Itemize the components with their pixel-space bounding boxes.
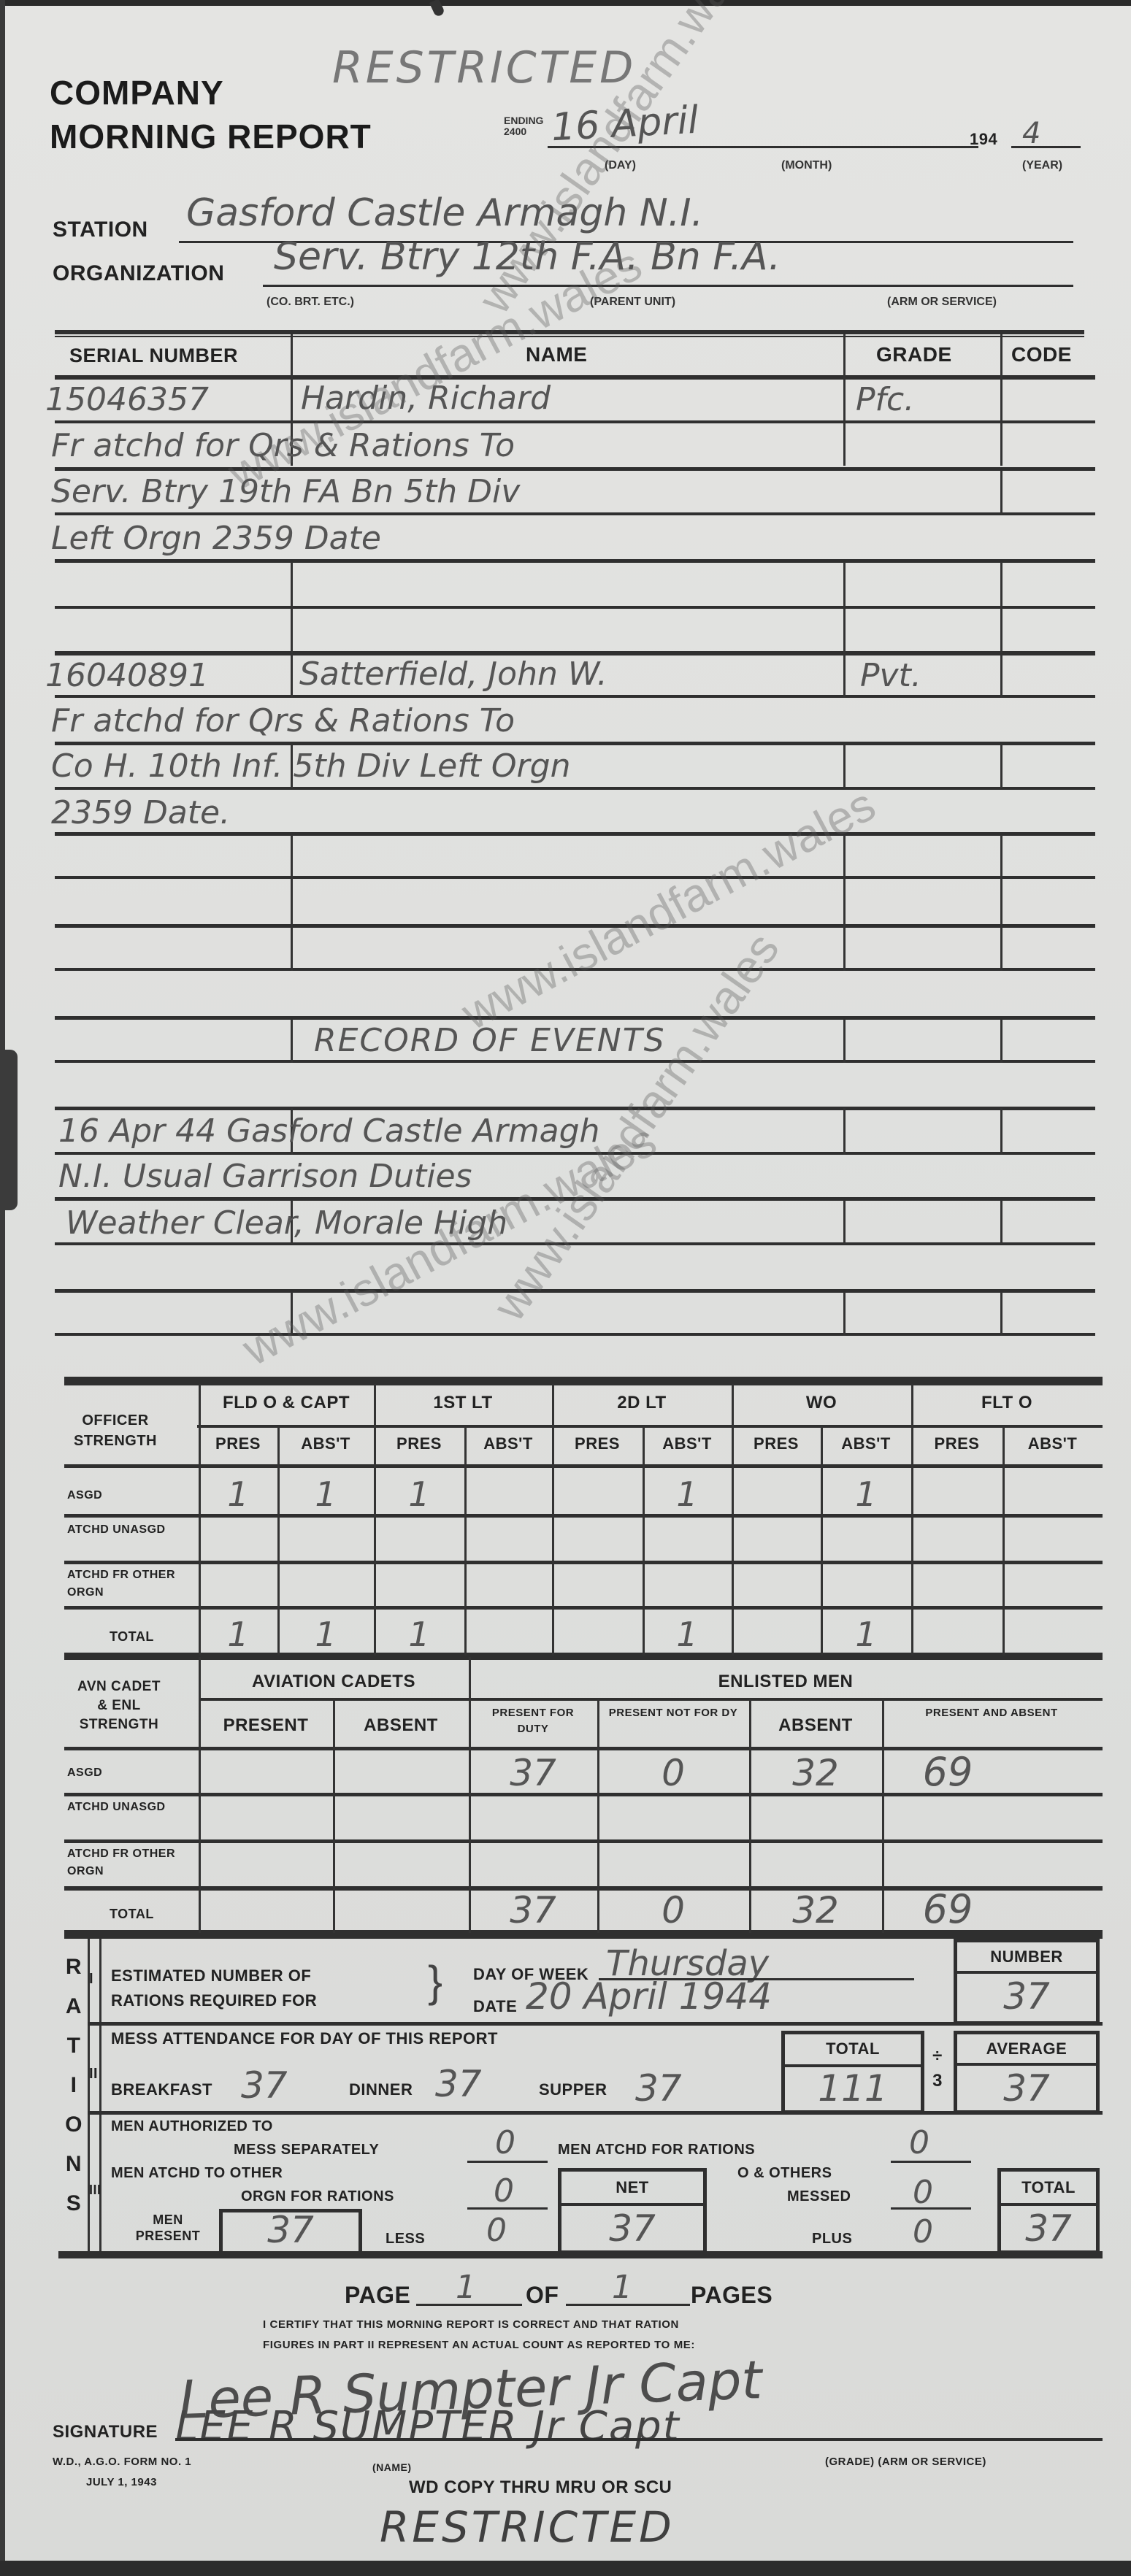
scan-top-edge xyxy=(0,0,1131,6)
col-divider xyxy=(291,835,293,927)
roster-rule xyxy=(55,467,1095,471)
month-caption: (MONTH) xyxy=(781,159,832,172)
col-divider xyxy=(1000,1200,1002,1244)
col-divider xyxy=(843,835,846,927)
col-divider xyxy=(1000,1292,1002,1336)
ration-date-value: 20 April 1944 xyxy=(526,1975,772,2018)
side-letter: O xyxy=(63,2105,85,2145)
breakfast-value: 37 xyxy=(241,2064,288,2107)
cell-value: 0 xyxy=(597,1752,749,1794)
net-value: 37 xyxy=(558,2207,707,2250)
roster-rule xyxy=(55,876,1095,879)
officer-subheader-rule xyxy=(197,1425,1103,1428)
sub-abst: ABS'T xyxy=(643,1434,732,1453)
cell-value: 69 xyxy=(882,1886,1013,1932)
underline xyxy=(891,2161,971,2163)
form-title-line1: COMPANY xyxy=(50,73,224,112)
part-i-label: I xyxy=(89,1971,93,1988)
form-title-line2: MORNING REPORT xyxy=(50,117,372,156)
row-atchd-unasgd: ATCHD UNASGD xyxy=(67,1521,191,1539)
dinner-value: 37 xyxy=(435,2063,482,2105)
roster-rule xyxy=(55,1152,1095,1155)
average-value: 37 xyxy=(954,2067,1100,2110)
row-atchd-unasgd: ATCHD UNASGD xyxy=(67,1799,191,1816)
station-value: Gasford Castle Armagh N.I. xyxy=(186,191,703,235)
cell-value: 1 xyxy=(374,1615,464,1654)
cell-value: 32 xyxy=(749,1889,882,1931)
date-day-month: 16 April xyxy=(551,99,699,150)
organization-underline xyxy=(263,285,1073,287)
mess-total-value: 111 xyxy=(781,2067,924,2110)
cell-value: 1 xyxy=(199,1615,277,1654)
certification-text-1: I CERTIFY THAT THIS MORNING REPORT IS CO… xyxy=(263,2318,679,2331)
cell-value: 1 xyxy=(821,1615,911,1654)
date-underline xyxy=(548,146,978,148)
col-present-not-for-dy: PRESENT NOT FOR DY xyxy=(605,1705,742,1721)
col-divider xyxy=(843,1108,846,1155)
of-label: OF xyxy=(526,2282,559,2309)
scan-left-edge xyxy=(0,0,5,2576)
date-year-prefix: 194 xyxy=(970,130,997,149)
col-divider xyxy=(843,334,846,466)
entry-remark: Co H. 10th Inf. 5th Div Left Orgn xyxy=(51,747,570,785)
year-underline xyxy=(1011,146,1081,148)
col-present-and-absent: PRESENT AND ABSENT xyxy=(889,1705,1094,1721)
number-label: NUMBER xyxy=(954,1948,1100,1966)
col-divider xyxy=(843,562,846,653)
estimated-number-label: ESTIMATED NUMBER OF xyxy=(111,1964,317,1988)
less-label: LESS xyxy=(386,2231,425,2248)
roster-rule xyxy=(55,559,1095,563)
mess-separately-label: MESS SEPARATELY xyxy=(234,2142,379,2158)
side-letter: S xyxy=(63,2184,85,2223)
cell-value: 1 xyxy=(643,1615,732,1654)
col-divider xyxy=(291,927,293,971)
cell-value: 1 xyxy=(199,1475,277,1514)
col-divider xyxy=(291,654,293,698)
col-divider xyxy=(1000,471,1002,515)
average-box-rule xyxy=(954,2063,1100,2066)
enlisted-men-header: ENLISTED MEN xyxy=(469,1672,1103,1692)
col-divider xyxy=(843,745,846,788)
divide-by-three: ÷ 3 xyxy=(929,2044,946,2094)
underline xyxy=(416,2304,522,2306)
rations-divider xyxy=(99,1939,101,2253)
roster-rule xyxy=(55,1197,1095,1201)
iii-total-value: 37 xyxy=(997,2207,1100,2250)
entry-grade: Pvt. xyxy=(860,657,921,694)
row-asgd: ASGD xyxy=(67,1766,102,1780)
event-line: N.I. Usual Garrison Duties xyxy=(58,1158,472,1195)
average-label: AVERAGE xyxy=(954,2039,1100,2058)
entry-remark: Fr atchd for Qrs & Rations To xyxy=(51,427,515,464)
event-line: 16 Apr 44 Gasford Castle Armagh xyxy=(58,1112,599,1150)
col-divider xyxy=(843,1019,846,1063)
atchd-other-value: 0 xyxy=(494,2172,514,2210)
form-number: W.D., A.G.O. FORM NO. 1 xyxy=(53,2456,191,2468)
signature-printed-name: LEE R SUMPTER Jr Capt xyxy=(175,2403,680,2450)
entry-name: Satterfield, John W. xyxy=(299,655,607,693)
entry-remark: Serv. Btry 19th FA Bn 5th Div xyxy=(51,473,520,510)
classification-bottom: RESTRICTED xyxy=(380,2502,675,2552)
officer-rule xyxy=(64,1464,1103,1468)
sub-pres: PRES xyxy=(911,1434,1002,1453)
entry-serial: 16040891 xyxy=(45,657,209,694)
year-caption: (YEAR) xyxy=(1022,159,1062,172)
sub-abst: ABS'T xyxy=(277,1434,374,1453)
others-messed-value: 0 xyxy=(913,2174,933,2211)
net-label: NET xyxy=(558,2178,707,2197)
plus-value: 0 xyxy=(913,2213,933,2250)
underline xyxy=(566,2304,690,2306)
form-date: JULY 1, 1943 xyxy=(86,2476,157,2488)
officer-col-divider xyxy=(1002,1426,1005,1656)
roster-rule xyxy=(55,787,1095,790)
roster-rule xyxy=(55,512,1095,515)
sub-abst: ABS'T xyxy=(821,1434,911,1453)
part-iii-label: III xyxy=(89,2183,101,2198)
header-code: CODE xyxy=(1011,343,1084,366)
mess-attendance-heading: MESS ATTENDANCE FOR DAY OF THIS REPORT xyxy=(111,2029,498,2048)
brace: } xyxy=(428,1956,443,2007)
net-box-rule xyxy=(558,2203,707,2206)
roster-rule xyxy=(55,1060,1095,1063)
officer-top-rule xyxy=(64,1377,1103,1385)
name-caption: (NAME) xyxy=(372,2461,412,2473)
entry-grade: Pfc. xyxy=(856,381,914,418)
org-caption-arm: (ARM OR SERVICE) xyxy=(887,296,997,309)
entry-name: Hardin, Richard xyxy=(301,380,551,417)
officer-rule xyxy=(64,1514,1103,1518)
classification-top: RESTRICTED xyxy=(332,42,636,93)
enlisted-col-divider xyxy=(199,1657,201,1933)
col-divider xyxy=(1000,334,1002,466)
col-divider xyxy=(1000,1019,1002,1063)
entry-remark: 2359 Date. xyxy=(51,794,230,831)
col-divider xyxy=(1000,562,1002,653)
col-divider xyxy=(843,1292,846,1336)
rations-rule xyxy=(88,2111,1103,2115)
roster-rule xyxy=(55,1289,1095,1293)
pages-label: PAGES xyxy=(691,2282,772,2309)
col-divider xyxy=(843,654,846,698)
officer-col-divider xyxy=(732,1384,734,1656)
cell-value: 1 xyxy=(277,1615,374,1654)
station-label: STATION xyxy=(53,218,148,242)
event-line: Weather Clear, Morale High xyxy=(66,1204,507,1242)
mess-separately-value: 0 xyxy=(495,2124,515,2161)
side-letter: R xyxy=(63,1948,85,1987)
roster-rule xyxy=(55,1333,1095,1336)
col-divider xyxy=(1000,745,1002,788)
day-caption: (DAY) xyxy=(605,159,636,172)
col-divider xyxy=(1000,654,1002,698)
iii-total-box-rule xyxy=(997,2203,1100,2206)
men-present-label: MEN PRESENT xyxy=(131,2212,204,2244)
row-total: TOTAL xyxy=(110,1629,154,1645)
sub-pres: PRES xyxy=(199,1434,277,1453)
breakfast-label: BREAKFAST xyxy=(111,2080,212,2099)
organization-value: Serv. Btry 12th F.A. Bn F.A. xyxy=(274,235,781,279)
iii-total-label: TOTAL xyxy=(997,2178,1100,2197)
sub-pres: PRES xyxy=(374,1434,464,1453)
men-atchd-rations-value: 0 xyxy=(909,2124,929,2161)
ending-label: ENDING 2400 xyxy=(504,115,543,137)
ending-label-1: ENDING xyxy=(504,115,543,126)
enlisted-strength-header: AVN CADET & ENL STRENGTH xyxy=(72,1677,166,1734)
part-ii-label: II xyxy=(89,2066,98,2083)
col-divider xyxy=(1000,927,1002,971)
col-divider xyxy=(843,927,846,971)
col-absent: ABSENT xyxy=(749,1715,882,1736)
underline xyxy=(467,2207,548,2210)
page-number: 1 xyxy=(456,2269,476,2306)
org-caption-parent: (PARENT UNIT) xyxy=(590,296,675,309)
number-box-rule xyxy=(954,1971,1100,1974)
cell-value: 32 xyxy=(749,1752,882,1794)
entry-remark: Fr atchd for Qrs & Rations To xyxy=(51,702,515,739)
group-fld-o-capt: FLD O & CAPT xyxy=(199,1393,374,1413)
rations-side-letters: R A T I O N S xyxy=(63,1948,85,2223)
certification-text-2: FIGURES IN PART II REPRESENT AN ACTUAL C… xyxy=(263,2339,695,2351)
roster-rule xyxy=(55,832,1095,836)
officer-strength-header: OFFICER STRENGTH xyxy=(72,1410,159,1451)
signature-label: SIGNATURE xyxy=(53,2422,158,2442)
roster-top-rule xyxy=(55,330,1084,334)
col-cadets-absent: ABSENT xyxy=(333,1715,469,1736)
sub-pres: PRES xyxy=(552,1434,643,1453)
signature-underline xyxy=(175,2438,1103,2441)
roster-rule xyxy=(55,1242,1095,1245)
underline xyxy=(467,2161,548,2163)
rations-required-label: RATIONS REQUIRED FOR xyxy=(111,1988,317,2013)
officer-col-divider xyxy=(464,1426,467,1656)
roster-rule xyxy=(55,924,1095,928)
record-of-events-heading: RECORD OF EVENTS xyxy=(314,1022,666,1059)
mess-total-label: TOTAL xyxy=(781,2039,924,2058)
roster-rule xyxy=(55,420,1095,423)
sub-abst: ABS'T xyxy=(1002,1434,1103,1453)
messed-label: MESSED xyxy=(787,2188,851,2205)
group-flt-o: FLT O xyxy=(911,1393,1103,1413)
entry-remark: Left Orgn 2359 Date xyxy=(51,520,381,557)
group-1st-lt: 1ST LT xyxy=(374,1393,552,1413)
page-count: 1 xyxy=(612,2269,632,2306)
row-asgd: ASGD xyxy=(67,1489,102,1502)
ending-label-2: 2400 xyxy=(504,126,543,137)
men-atchd-rations-label: MEN ATCHD FOR RATIONS xyxy=(558,2142,755,2158)
cell-value: 1 xyxy=(374,1475,464,1514)
sub-pres: PRES xyxy=(732,1434,821,1453)
supper-value: 37 xyxy=(635,2067,682,2110)
date-label: DATE xyxy=(473,1997,517,2016)
header-serial-number: SERIAL NUMBER xyxy=(69,345,238,367)
officer-rule xyxy=(64,1606,1103,1610)
col-divider xyxy=(1000,835,1002,927)
roster-top-rule-2 xyxy=(55,336,1084,337)
supper-label: SUPPER xyxy=(539,2080,607,2099)
side-letter: N xyxy=(63,2145,85,2184)
side-letter: I xyxy=(63,2066,85,2105)
group-2d-lt: 2D LT xyxy=(552,1393,732,1413)
officer-rule xyxy=(64,1561,1103,1564)
officer-col-divider xyxy=(552,1384,554,1656)
col-divider xyxy=(291,1019,293,1063)
roster-rule xyxy=(55,1016,1095,1020)
cell-value: 0 xyxy=(597,1889,749,1931)
col-cadets-present: PRESENT xyxy=(199,1715,333,1736)
orgn-for-rations-label: ORGN FOR RATIONS xyxy=(241,2188,394,2205)
cell-value: 1 xyxy=(821,1475,911,1514)
officers-others-label: O & OTHERS xyxy=(737,2165,832,2182)
enlisted-rule xyxy=(64,1839,1103,1843)
dinner-label: DINNER xyxy=(349,2080,413,2099)
underline xyxy=(891,2207,971,2210)
roster-rule xyxy=(55,606,1095,609)
men-authorized-label: MEN AUTHORIZED TO xyxy=(111,2118,273,2135)
group-wo: WO xyxy=(732,1393,911,1413)
cell-value: 37 xyxy=(469,1889,597,1931)
scan-bottom-edge xyxy=(0,2561,1131,2576)
organization-label: ORGANIZATION xyxy=(53,261,224,286)
sub-abst: ABS'T xyxy=(464,1434,552,1453)
row-atchd-fr-other: ATCHD FR OTHER ORGN xyxy=(67,1566,195,1602)
row-atchd-fr-other: ATCHD FR OTHER ORGN xyxy=(67,1845,195,1880)
row-total: TOTAL xyxy=(110,1907,154,1922)
roster-rule xyxy=(55,742,1095,745)
roster-rule xyxy=(55,375,1095,380)
roster-rule xyxy=(55,1107,1095,1110)
officer-col-divider xyxy=(911,1384,913,1656)
cell-value: 1 xyxy=(643,1475,732,1514)
col-divider xyxy=(291,1292,293,1336)
entry-serial: 15046357 xyxy=(45,381,209,418)
part-i-caption: ESTIMATED NUMBER OF RATIONS REQUIRED FOR xyxy=(111,1964,317,2013)
men-atchd-other-label: MEN ATCHD TO OTHER xyxy=(111,2165,283,2182)
col-present-for-duty: PRESENT FOR DUTY xyxy=(476,1705,590,1737)
page-label: PAGE xyxy=(345,2282,410,2309)
roster-rule xyxy=(55,968,1095,971)
number-value: 37 xyxy=(954,1975,1100,2018)
col-divider xyxy=(291,562,293,653)
less-value: 0 xyxy=(486,2212,507,2249)
scan-binding-mark xyxy=(0,1050,18,1210)
plus-label: PLUS xyxy=(812,2231,852,2248)
cell-value: 69 xyxy=(882,1749,1013,1795)
aviation-cadets-header: AVIATION CADETS xyxy=(199,1672,469,1692)
roster-rule xyxy=(55,695,1095,698)
header-grade: GRADE xyxy=(876,343,952,366)
org-caption-co: (CO. BRT. ETC.) xyxy=(267,296,354,309)
cell-value: 37 xyxy=(469,1752,597,1794)
rations-rule xyxy=(88,2022,1103,2026)
routing-note: WD COPY THRU MRU OR SCU xyxy=(409,2477,672,2498)
side-letter: T xyxy=(63,2026,85,2066)
cell-value: 1 xyxy=(277,1475,374,1514)
header-name: NAME xyxy=(526,343,587,366)
men-present-value: 37 xyxy=(219,2209,362,2251)
grade-caption: (GRADE) (ARM OR SERVICE) xyxy=(825,2456,986,2468)
col-divider xyxy=(843,1200,846,1244)
col-divider xyxy=(1000,1108,1002,1155)
side-letter: A xyxy=(63,1987,85,2026)
